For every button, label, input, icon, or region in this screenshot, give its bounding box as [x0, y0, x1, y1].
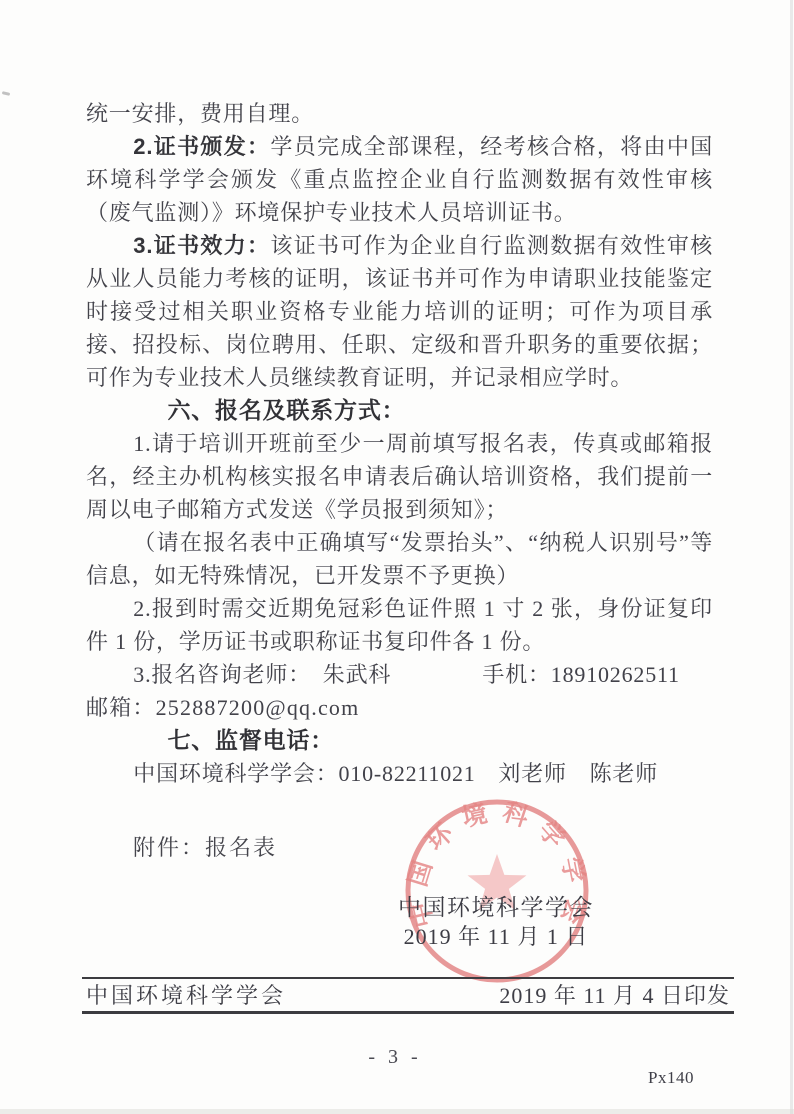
paragraph-carryover: 统一安排，费用自理。: [86, 97, 713, 130]
paragraph-certificate-issue: 2.证书颁发：学员完成全部课程，经考核合格，将由中国环境科学学会颁发《重点监控企…: [86, 130, 713, 229]
paragraph-supervision-phone: 中国环境科学学会：010-82211021 刘老师 陈老师: [86, 757, 713, 790]
section-heading-6: 六、报名及联系方式：: [118, 394, 713, 427]
footer-rule-bottom: [82, 1011, 734, 1014]
signature-block: 中国环境科学学会 2019 年 11 月 1 日: [398, 894, 594, 951]
scan-edge-right: [790, 0, 793, 1114]
paragraph-lead-label: 2.证书颁发：: [133, 134, 270, 159]
footer-issuer: 中国环境科学学会: [86, 982, 286, 1010]
paragraph-invoice-note: （请在报名表中正确填写“发票抬头”、“纳税人识别号”等信息，如无特殊情况，已开发…: [86, 526, 713, 592]
footer-row: 中国环境科学学会 2019 年 11 月 4 日印发: [86, 982, 734, 1010]
signature-date: 2019 年 11 月 1 日: [398, 922, 594, 951]
paragraph-registration: 1.请于培训开班前至少一周前填写报名表，传真或邮箱报名，经主办机构核实报名申请表…: [86, 427, 713, 526]
footer-print-date: 2019 年 11 月 4 日印发: [499, 982, 734, 1010]
section-heading-7: 七、监督电话：: [118, 724, 713, 757]
document-body: 统一安排，费用自理。 2.证书颁发：学员完成全部课程，经考核合格，将由中国环境科…: [86, 97, 713, 790]
contact-email: 邮箱：252887200@qq.com: [86, 695, 359, 720]
scan-edge-bottom: [0, 1109, 794, 1114]
attachment-line: 附件：报名表: [133, 833, 277, 863]
scan-code-label: Px140: [648, 1068, 694, 1088]
paragraph-checkin-materials: 2.报到时需交近期免冠彩色证件照 1 寸 2 张，身份证复印件 1 份，学历证书…: [86, 592, 713, 658]
official-seal: 中国环境科学学会: [399, 793, 595, 989]
contact-teacher-phone: 3.报名咨询老师： 朱武科 手机：18910262511: [133, 662, 680, 687]
page-number: - 3 -: [0, 1046, 790, 1069]
paragraph-certificate-validity: 3.证书效力：该证书可作为企业自行监测数据有效性审核从业人员能力考核的证明，该证…: [86, 229, 713, 394]
scan-speck: [2, 91, 10, 96]
paragraph-contact: 3.报名咨询老师： 朱武科 手机：18910262511邮箱：252887200…: [86, 658, 713, 724]
paragraph-lead-label: 3.证书效力：: [133, 233, 270, 258]
footer-rule-top: [82, 977, 734, 979]
scanned-document-page: 统一安排，费用自理。 2.证书颁发：学员完成全部课程，经考核合格，将由中国环境科…: [0, 0, 794, 1114]
signature-organization: 中国环境科学学会: [398, 894, 594, 922]
